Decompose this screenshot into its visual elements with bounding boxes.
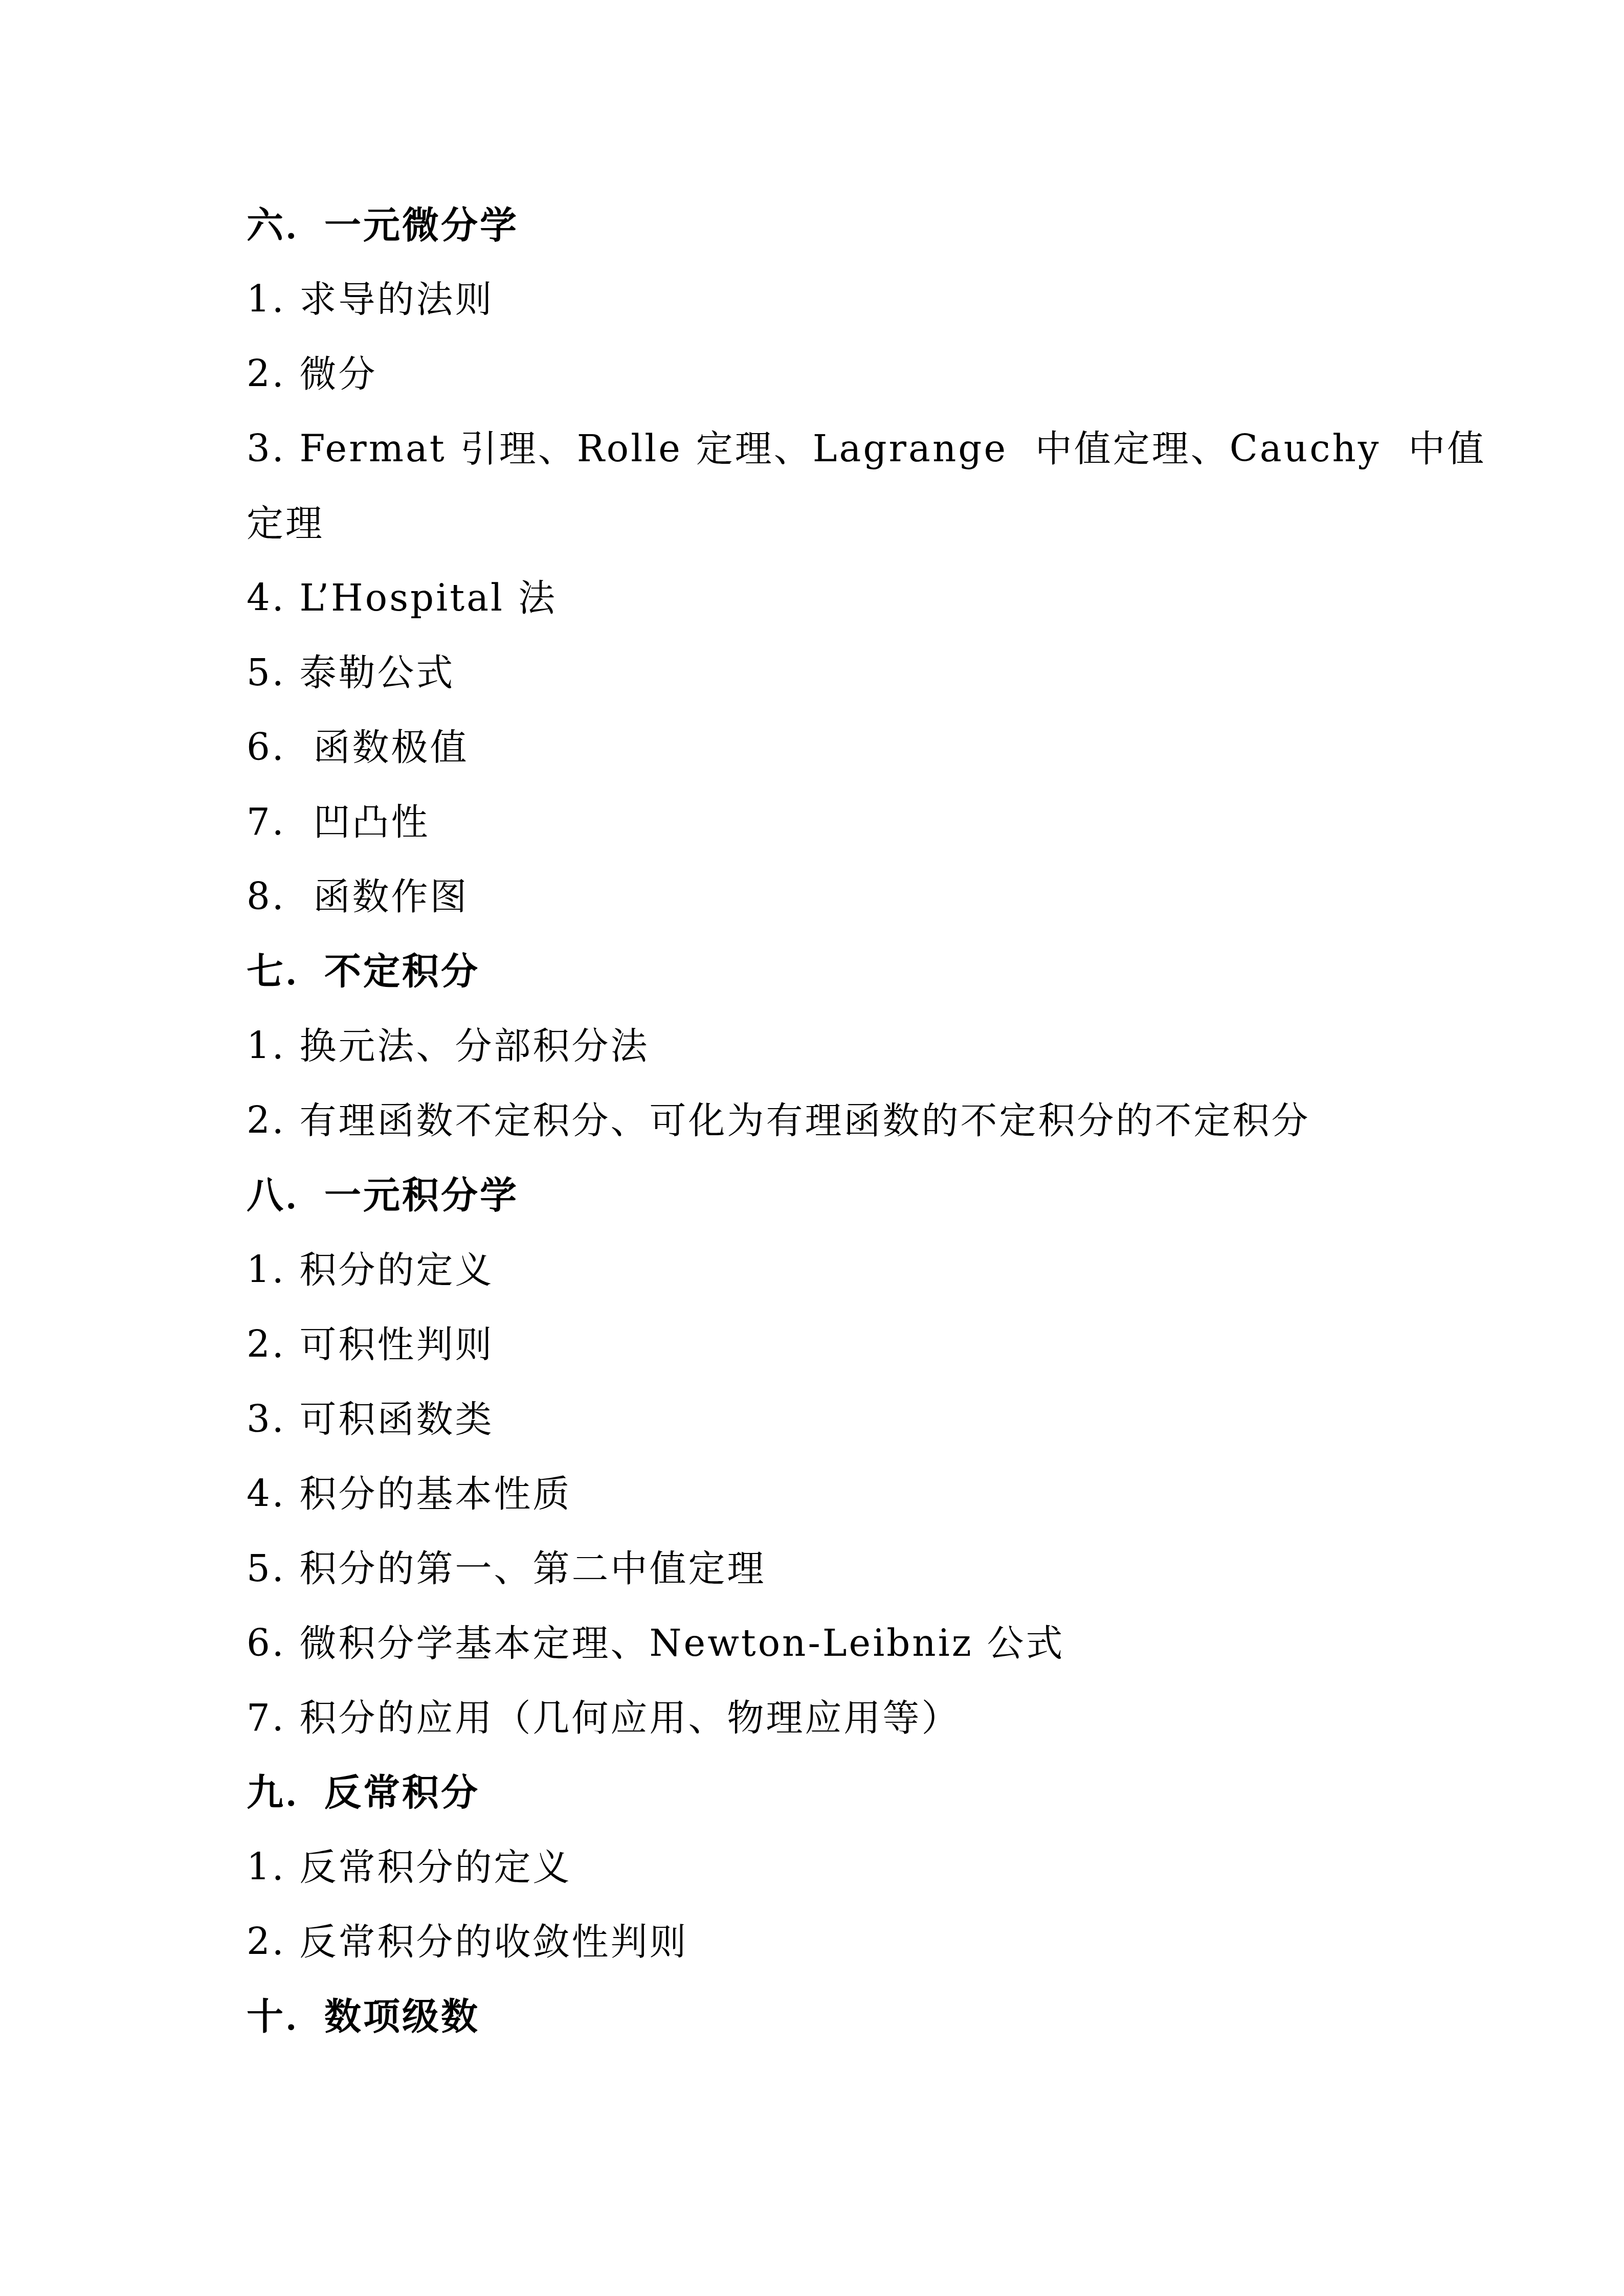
list-item-continuation: 定理 (247, 500, 324, 546)
list-item: 1. 积分的定义 (247, 1247, 494, 1293)
list-item: 5. 泰勒公式 (247, 649, 455, 695)
list-item: 7. 凹凸性 (247, 799, 430, 845)
list-item: 1. 求导的法则 (247, 276, 494, 322)
list-item: 7. 积分的应用（几何应用、物理应用等） (247, 1695, 961, 1741)
list-item: 6. 函数极值 (247, 724, 469, 770)
list-item: 3. 可积函数类 (247, 1396, 494, 1442)
section-heading-9: 九．反常积分 (247, 1769, 480, 1815)
list-item: 8. 函数作图 (247, 873, 469, 919)
list-item: 2. 有理函数不定积分、可化为有理函数的不定积分的不定积分 (247, 1097, 1310, 1143)
document-page: 六．一元微分学 1. 求导的法则 2. 微分 3. Fermat 引理、Roll… (0, 0, 1624, 2296)
list-item: 6. 微积分学基本定理、Newton-Leibniz 公式 (247, 1620, 1065, 1666)
list-item: 2. 反常积分的收敛性判则 (247, 1919, 688, 1965)
section-heading-6: 六．一元微分学 (247, 202, 519, 248)
list-item: 2. 微分 (247, 351, 377, 397)
section-heading-7: 七．不定积分 (247, 948, 480, 994)
section-heading-10: 十．数项级数 (247, 1993, 480, 2039)
section-heading-8: 八．一元积分学 (247, 1172, 519, 1218)
list-item: 4. L’Hospital 法 (247, 575, 557, 621)
list-item: 4. 积分的基本性质 (247, 1471, 572, 1517)
list-item: 1. 反常积分的定义 (247, 1844, 572, 1890)
list-item: 1. 换元法、分部积分法 (247, 1023, 650, 1069)
list-item: 5. 积分的第一、第二中值定理 (247, 1545, 766, 1591)
list-item: 2. 可积性判则 (247, 1321, 494, 1367)
list-item: 3. Fermat 引理、Rolle 定理、Lagrange 中值定理、Cauc… (247, 425, 1486, 471)
